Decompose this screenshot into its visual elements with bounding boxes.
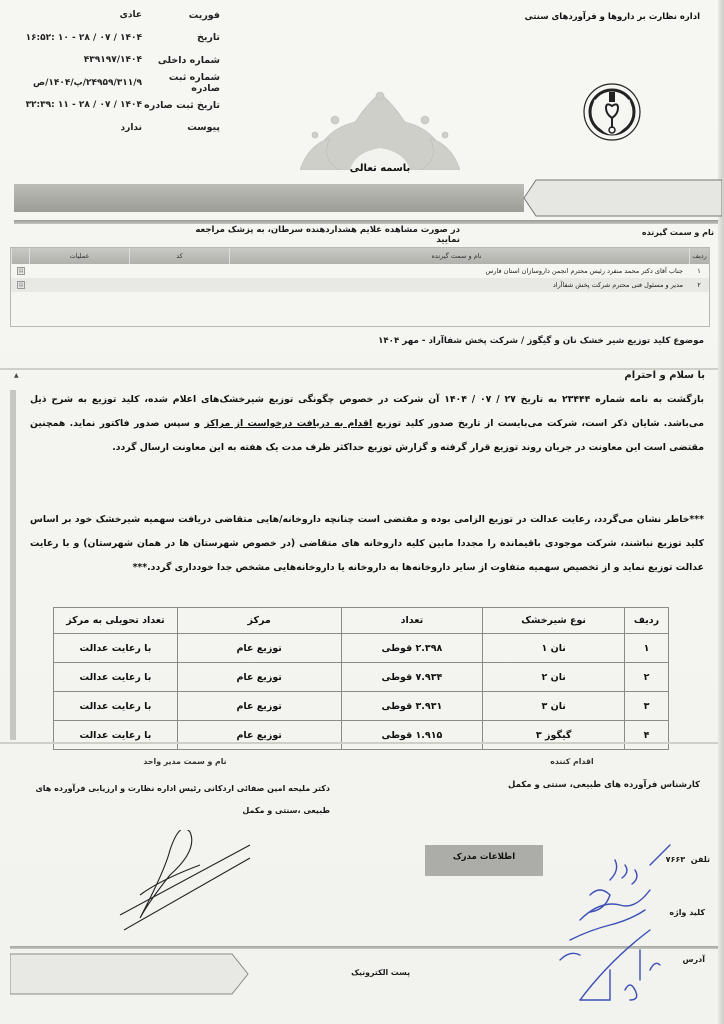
details-icon[interactable]: ▤ (17, 267, 25, 275)
subject-line: موضوع کلید توزیع شیر خشک نان و گیگوز / ش… (230, 336, 704, 346)
cell-deliver: با رعایت عدالت (54, 692, 178, 721)
recipient-name: مدیر و مسئول فنی محترم شرکت پخش شفاآراد (229, 281, 689, 289)
body-paragraph-1: بازگشت به نامه شماره ۲۳۴۴۴ به تاریخ ۲۷ /… (30, 388, 704, 460)
scroll-up-arrow-icon[interactable]: ▲ (14, 372, 19, 379)
meta-value: ندارد (20, 123, 142, 133)
recipients-grid-header: ردیف نام و سمت گیرنده کد عملیات (11, 248, 709, 264)
banner-underline (14, 220, 718, 224)
cell-deliver: با رعایت عدالت (54, 634, 178, 663)
recipient-label: نام و سمت گیرنده (642, 228, 714, 237)
recipient-spacer: ▤ (11, 267, 29, 275)
th-qty: تعداد (341, 608, 483, 634)
th-index: ردیف (625, 608, 669, 634)
meta-value: عادی (20, 10, 142, 20)
cell-center: توزیع عام (177, 721, 341, 750)
body-paragraph-2: ***خاطر نشان می‌گردد، رعایت عدالت در توز… (30, 508, 704, 580)
recipient-index: ۱ (689, 267, 709, 275)
recipient-row: ۱ جناب آقای دکتر محمد منفرد رئیس محترم ا… (11, 264, 709, 278)
document-info-button[interactable]: اطلاعات مدرک (425, 845, 543, 876)
cancer-warning: در صورت مشاهده علایم هشداردهنده سرطان، ب… (170, 225, 460, 245)
recipient-row: ۲ مدیر و مسئول فنی محترم شرکت پخش شفاآرا… (11, 278, 709, 292)
department-title: اداره نظارت بر داروها و فرآوردهای سنتی (510, 12, 700, 22)
meta-internal-number: شماره داخلی ۴۳۹۱۹۷/۱۴۰۴ (20, 49, 220, 72)
page-edge (718, 0, 724, 1024)
cell-type: نان ۳ (483, 692, 625, 721)
cell-center: توزیع عام (177, 663, 341, 692)
meta-outgoing-number: شماره ثبت صادره ۲۴۹۵۹/۳۱۱/۹/پ/۱۴۰۴/ص (20, 72, 220, 95)
table-row: ۳ نان ۳ ۳.۹۳۱ قوطی توزیع عام با رعایت عد… (54, 692, 669, 721)
email-tab-shape (10, 952, 250, 996)
cell-qty: ۳.۹۳۱ قوطی (341, 692, 483, 721)
cell-index: ۳ (625, 692, 669, 721)
email-label: پست الکترونیک (300, 968, 410, 977)
th-center: مرکز (177, 608, 341, 634)
col-name: نام و سمت گیرنده (229, 248, 689, 264)
th-type: نوع شیرخشک (483, 608, 625, 634)
manager-title: نام و سمت مدیر واحد (110, 757, 260, 766)
cell-index: ۱ (625, 634, 669, 663)
meta-label: تاریخ (142, 32, 220, 43)
phone-label: تلفن (691, 855, 710, 864)
meta-priority: فوریت عادی (20, 4, 220, 27)
manager-name: دکتر ملیحه امین صفائی اردکانی رئیس اداره… (30, 778, 330, 822)
table-header-row: ردیف نوع شیرخشک تعداد مرکز تعداد تحویلی … (54, 608, 669, 634)
cell-type: نان ۲ (483, 663, 625, 692)
recipient-spacer: ▤ (11, 281, 29, 289)
meta-label: پیوست (142, 122, 220, 133)
cell-center: توزیع عام (177, 634, 341, 663)
cell-type: گیگوز ۳ (483, 721, 625, 750)
recipients-grid: ردیف نام و سمت گیرنده کد عملیات ۱ جناب آ… (10, 247, 710, 327)
university-logo-icon (580, 78, 644, 150)
para1-underlined: اقدام به دریافت درخواست از مراکز (204, 418, 372, 429)
meta-label: فوریت (142, 10, 220, 21)
meta-value: ۲۴۹۵۹/۳۱۱/۹/پ/۱۴۰۴/ص (20, 78, 142, 88)
actor-name: کارشناس فرآورده های طبیعی، سنتی و مکمل (480, 780, 700, 790)
handwritten-note-icon (540, 840, 690, 1020)
meta-label: تاریخ ثبت صادره (142, 100, 220, 111)
letter-meta: فوریت عادی تاریخ ۱۴۰۴ / ۰۷ / ۲۸ - ۱۰ :۱۶… (20, 4, 220, 139)
cell-center: توزیع عام (177, 692, 341, 721)
cell-type: نان ۱ (483, 634, 625, 663)
th-deliver: تعداد تحویلی به مرکز (54, 608, 178, 634)
table-row: ۲ نان ۲ ۷.۹۳۴ قوطی توزیع عام با رعایت عد… (54, 663, 669, 692)
distribution-table: ردیف نوع شیرخشک تعداد مرکز تعداد تحویلی … (53, 607, 669, 750)
banner-tab-shape (514, 178, 722, 218)
meta-label: شماره ثبت صادره (142, 72, 220, 94)
meta-date: تاریخ ۱۴۰۴ / ۰۷ / ۲۸ - ۱۰ :۱۶:۵۲ (20, 27, 220, 50)
col-code: کد (129, 248, 229, 264)
table-row: ۴ گیگوز ۳ ۱.۹۱۵ قوطی توزیع عام با رعایت … (54, 721, 669, 750)
cell-deliver: با رعایت عدالت (54, 663, 178, 692)
meta-label: شماره داخلی (142, 55, 220, 66)
divider (0, 742, 718, 744)
body-scrollbar[interactable] (10, 390, 16, 740)
meta-value: ۱۴۰۴ / ۰۷ / ۲۸ - ۱۱ :۳۲:۳۹ (20, 100, 142, 110)
banner-bar (14, 184, 524, 212)
signature-icon (110, 830, 260, 940)
col-spacer (11, 248, 29, 264)
greeting: با سلام و احترام (400, 370, 705, 381)
meta-value: ۱۴۰۴ / ۰۷ / ۲۸ - ۱۰ :۱۶:۵۲ (20, 33, 142, 43)
col-ops: عملیات (29, 248, 129, 264)
details-icon[interactable]: ▤ (17, 281, 25, 289)
cell-qty: ۷.۹۳۴ قوطی (341, 663, 483, 692)
recipient-name: جناب آقای دکتر محمد منفرد رئیس محترم انج… (229, 267, 689, 275)
table-row: ۱ نان ۱ ۲.۳۹۸ قوطی توزیع عام با رعایت عد… (54, 634, 669, 663)
cell-index: ۴ (625, 721, 669, 750)
cell-deliver: با رعایت عدالت (54, 721, 178, 750)
actor-title: اقدام کننده (532, 757, 612, 766)
ornament-icon (300, 90, 460, 170)
meta-outgoing-date: تاریخ ثبت صادره ۱۴۰۴ / ۰۷ / ۲۸ - ۱۱ :۳۲:… (20, 94, 220, 117)
col-index: ردیف (689, 248, 709, 264)
recipient-index: ۲ (689, 281, 709, 289)
cell-qty: ۱.۹۱۵ قوطی (341, 721, 483, 750)
meta-attachment: پیوست ندارد (20, 117, 220, 140)
department-banner (14, 178, 718, 218)
cell-index: ۲ (625, 663, 669, 692)
basmala: باسمه تعالی (340, 163, 420, 174)
cell-qty: ۲.۳۹۸ قوطی (341, 634, 483, 663)
meta-value: ۴۳۹۱۹۷/۱۴۰۴ (20, 55, 142, 65)
